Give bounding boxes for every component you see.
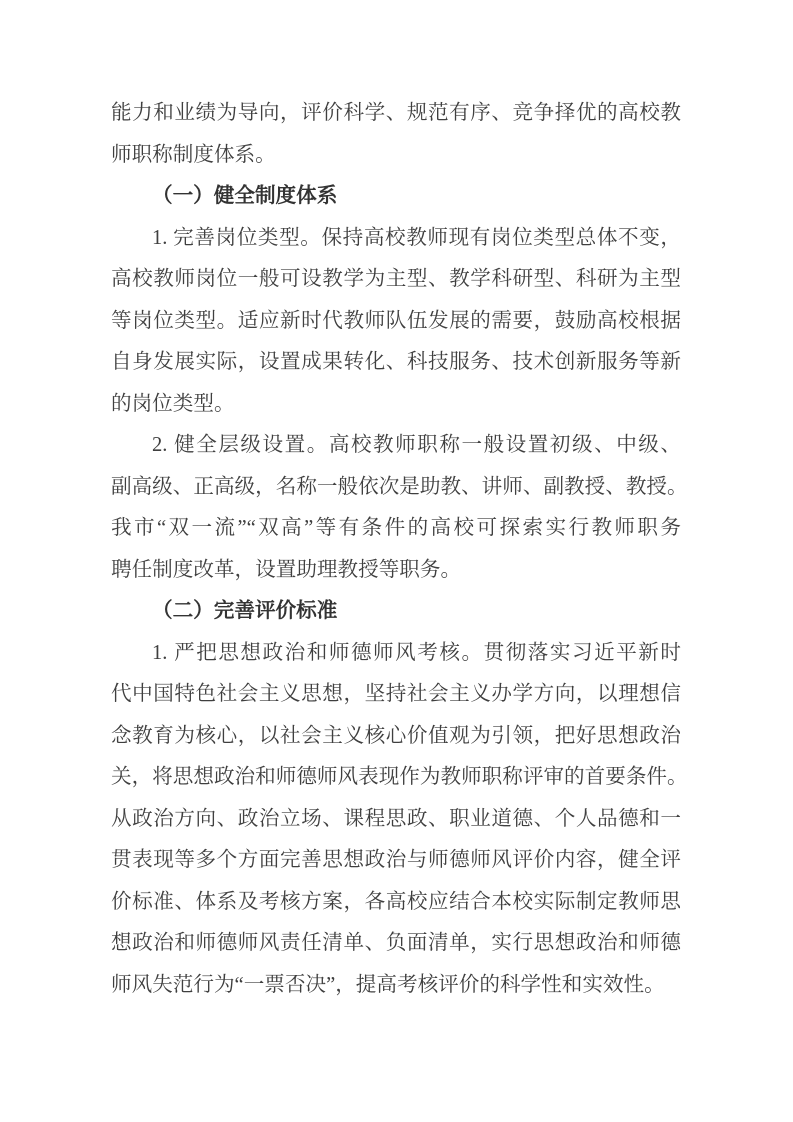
document-page: 能力和业绩为导向，评价科学、规范有序、竞争择优的高校教师职称制度体系。（一）健全… — [0, 0, 793, 1122]
text-line: 自身发展实际，设置成果转化、科技服务、技术创新服务等新 — [111, 342, 681, 384]
document-text-block: 能力和业绩为导向，评价科学、规范有序、竞争择优的高校教师职称制度体系。（一）健全… — [111, 93, 681, 1006]
text-line: 关，将思想政治和师德师风表现作为教师职称评审的首要条件。 — [111, 757, 681, 799]
text-line: 能力和业绩为导向，评价科学、规范有序、竞争择优的高校教 — [111, 93, 681, 135]
text-line: 2. 健全层级设置。高校教师职称一般设置初级、中级、 — [111, 425, 681, 467]
section-heading: （二）完善评价标准 — [111, 591, 681, 633]
text-line: 想政治和师德师风责任清单、负面清单，实行思想政治和师德 — [111, 923, 681, 965]
text-line: 的岗位类型。 — [111, 384, 681, 426]
text-line: 我市“双一流”“双高”等有条件的高校可探索实行教师职务 — [111, 508, 681, 550]
section-heading: （一）健全制度体系 — [111, 176, 681, 218]
text-line: 代中国特色社会主义思想，坚持社会主义办学方向，以理想信 — [111, 674, 681, 716]
text-line: 1. 严把思想政治和师德师风考核。贯彻落实习近平新时 — [111, 633, 681, 675]
text-line: 等岗位类型。适应新时代教师队伍发展的需要，鼓励高校根据 — [111, 301, 681, 343]
text-line: 师职称制度体系。 — [111, 135, 681, 177]
text-line: 高校教师岗位一般可设教学为主型、教学科研型、科研为主型 — [111, 259, 681, 301]
text-line: 价标准、体系及考核方案，各高校应结合本校实际制定教师思 — [111, 882, 681, 924]
text-line: 副高级、正高级，名称一般依次是助教、讲师、副教授、教授。 — [111, 467, 681, 509]
text-line: 聘任制度改革，设置助理教授等职务。 — [111, 550, 681, 592]
text-line: 贯表现等多个方面完善思想政治与师德师风评价内容，健全评 — [111, 840, 681, 882]
text-line: 从政治方向、政治立场、课程思政、职业道德、个人品德和一 — [111, 799, 681, 841]
text-line: 念教育为核心，以社会主义核心价值观为引领，把好思想政治 — [111, 716, 681, 758]
text-line: 1. 完善岗位类型。保持高校教师现有岗位类型总体不变， — [111, 218, 681, 260]
text-line: 师风失范行为“一票否决”，提高考核评价的科学性和实效性。 — [111, 965, 681, 1007]
